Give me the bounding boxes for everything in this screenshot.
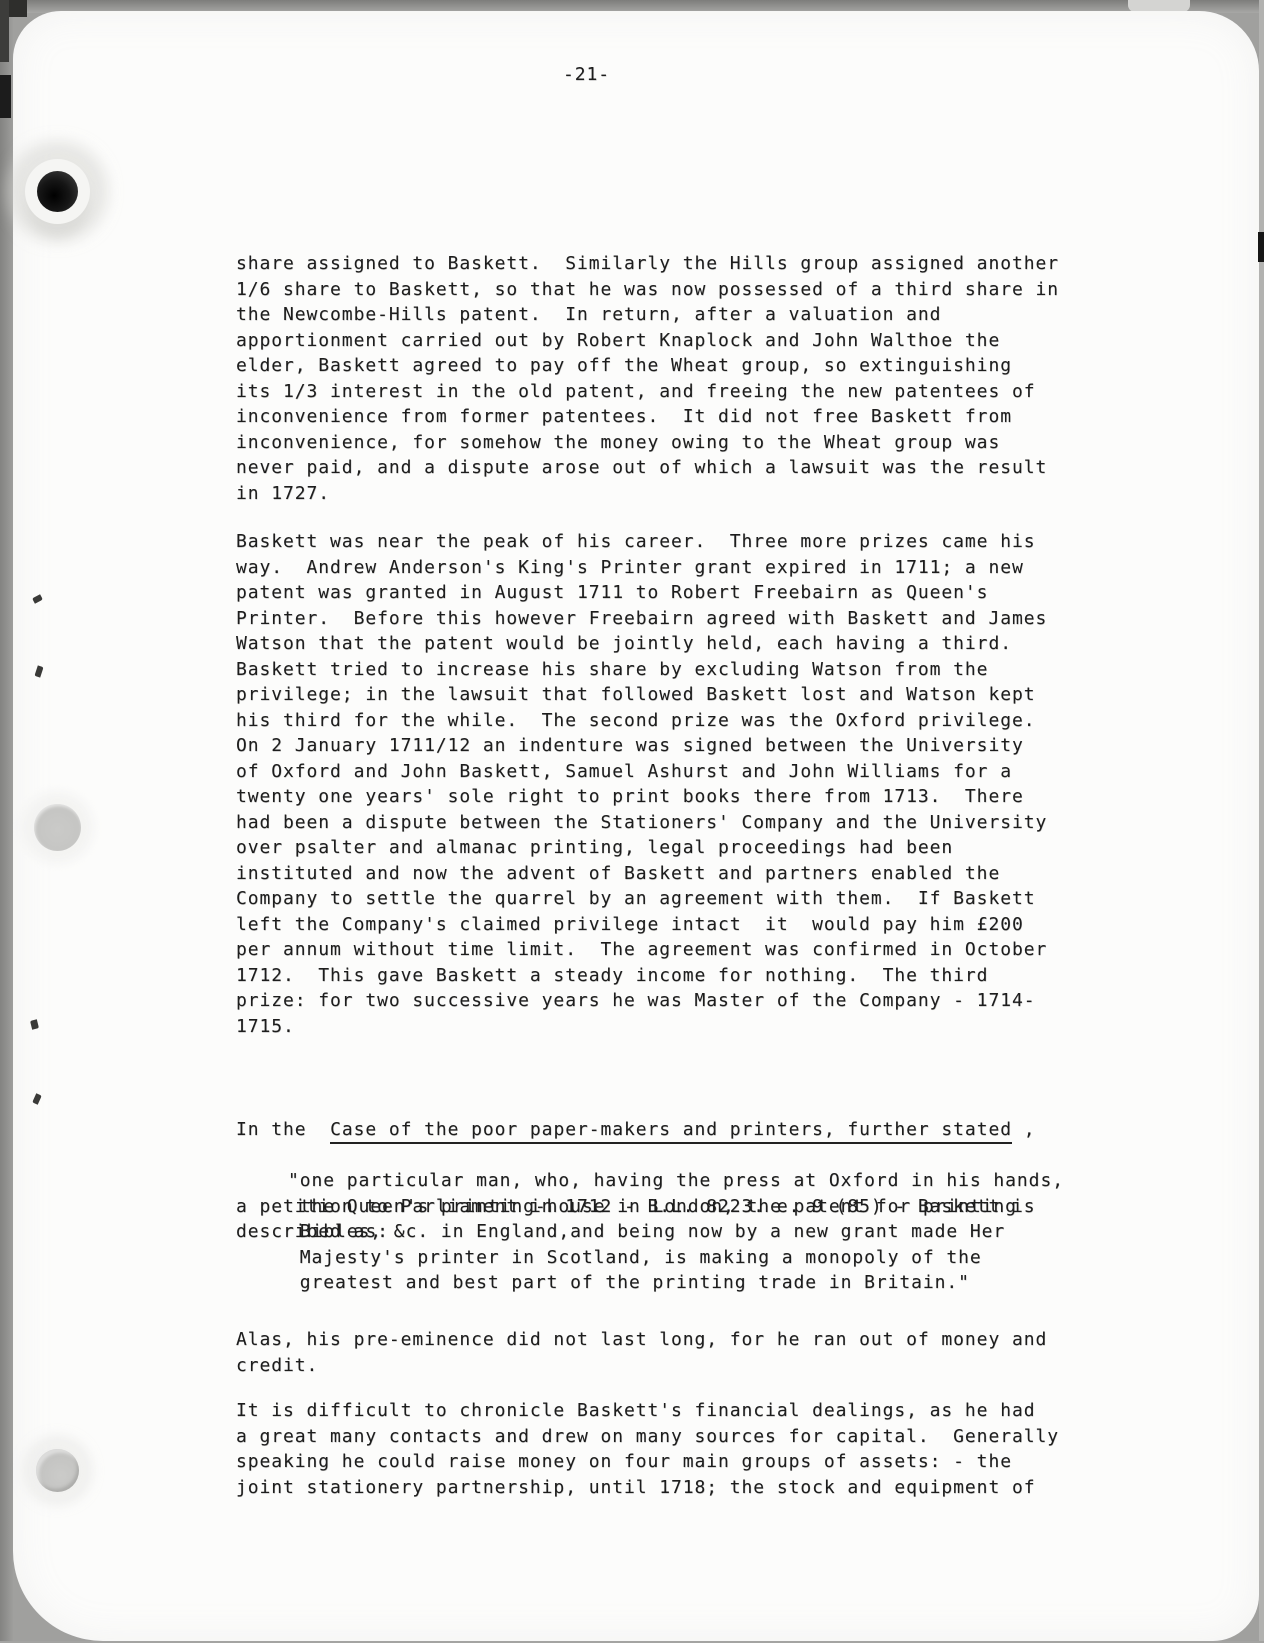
text-line: On 2 January 1711/12 an indenture was si… (236, 733, 1047, 759)
text-line: way. Andrew Anderson's King's Printer gr… (236, 555, 1047, 581)
text-line: greatest and best part of the printing t… (288, 1270, 1064, 1296)
text-line: had been a dispute between the Stationer… (236, 810, 1047, 836)
text-line: privilege; in the lawsuit that followed … (236, 682, 1047, 708)
text-line: instituted and now the advent of Baskett… (236, 861, 1047, 887)
scan-artifact-left-edge (0, 75, 11, 118)
text-line: Company to settle the quarrel by an agre… (236, 886, 1047, 912)
scanned-document: -21- share assigned to Baskett. Similarl… (0, 0, 1264, 1643)
text-line: 1715. (236, 1014, 1047, 1040)
paragraph-alas: Alas, his pre-eminence did not last long… (236, 1327, 1047, 1378)
hole-punch-top (37, 171, 78, 212)
text-line: elder, Baskett agreed to pay off the Whe… (236, 353, 1059, 379)
scan-artifact-right-edge (1258, 232, 1264, 262)
hole-punch-middle (34, 804, 81, 851)
hole-punch-bottom (36, 1449, 79, 1492)
text-line: inconvenience from former patentees. It … (236, 404, 1059, 430)
text-line: Alas, his pre-eminence did not last long… (236, 1327, 1047, 1353)
text-line: per annum without time limit. The agreem… (236, 937, 1047, 963)
text-line: twenty one years' sole right to print bo… (236, 784, 1047, 810)
text-line: patent was granted in August 1711 to Rob… (236, 580, 1047, 606)
text-line: Bibles, &c. in England,and being now by … (288, 1219, 1064, 1245)
paragraph-financial-dealings: It is difficult to chronicle Baskett's f… (236, 1398, 1059, 1500)
text-line: apportionment carried out by Robert Knap… (236, 328, 1059, 354)
text-line: speaking he could raise money on four ma… (236, 1449, 1059, 1475)
text-line: of Oxford and John Baskett, Samuel Ashur… (236, 759, 1047, 785)
scanner-left-strip (0, 0, 13, 1643)
text-line: Printer. Before this however Freebairn a… (236, 606, 1047, 632)
text-line: It is difficult to chronicle Baskett's f… (236, 1398, 1059, 1424)
text-line: a great many contacts and drew on many s… (236, 1424, 1059, 1450)
text-line: inconvenience, for somehow the money owi… (236, 430, 1059, 456)
scan-artifact-top-left-2 (0, 0, 9, 62)
text-line: over psalter and almanac printing, legal… (236, 835, 1047, 861)
text-line: left the Company's claimed privilege int… (236, 912, 1047, 938)
text-line: in 1727. (236, 481, 1059, 507)
petition-title-underlined: Case of the poor paper-makers and printe… (330, 1119, 1012, 1144)
text-line: its 1/3 interest in the old patent, and … (236, 379, 1059, 405)
text-line: Baskett was near the peak of his career.… (236, 529, 1047, 555)
petition-title-suffix: , (1012, 1119, 1036, 1140)
paragraph-peak-of-career: Baskett was near the peak of his career.… (236, 529, 1047, 1039)
text-line: 1/6 share to Baskett, so that he was now… (236, 277, 1059, 303)
text-line: Baskett tried to increase his share by e… (236, 657, 1047, 683)
text-line: his third for the while. The second priz… (236, 708, 1047, 734)
text-line: the Queen's printing-house in London, th… (288, 1194, 1064, 1220)
text-line: Majesty's printer in Scotland, is making… (288, 1245, 1064, 1271)
text-line: Watson that the patent would be jointly … (236, 631, 1047, 657)
text-line: the Newcombe-Hills patent. In return, af… (236, 302, 1059, 328)
petition-title-line: In the Case of the poor paper-makers and… (236, 1117, 1035, 1143)
page-number: -21- (563, 62, 610, 88)
text-line: never paid, and a dispute arose out of w… (236, 455, 1059, 481)
paragraph-share-assigned: share assigned to Baskett. Similarly the… (236, 251, 1059, 506)
petition-title-prefix: In the (236, 1119, 330, 1140)
text-line: prize: for two successive years he was M… (236, 988, 1047, 1014)
block-quote: "one particular man, who, having the pre… (288, 1168, 1064, 1296)
text-line: joint stationery partnership, until 1718… (236, 1475, 1059, 1501)
text-line: share assigned to Baskett. Similarly the… (236, 251, 1059, 277)
text-line: 1712. This gave Baskett a steady income … (236, 963, 1047, 989)
text-line: credit. (236, 1353, 1047, 1379)
text-line: "one particular man, who, having the pre… (288, 1168, 1064, 1194)
